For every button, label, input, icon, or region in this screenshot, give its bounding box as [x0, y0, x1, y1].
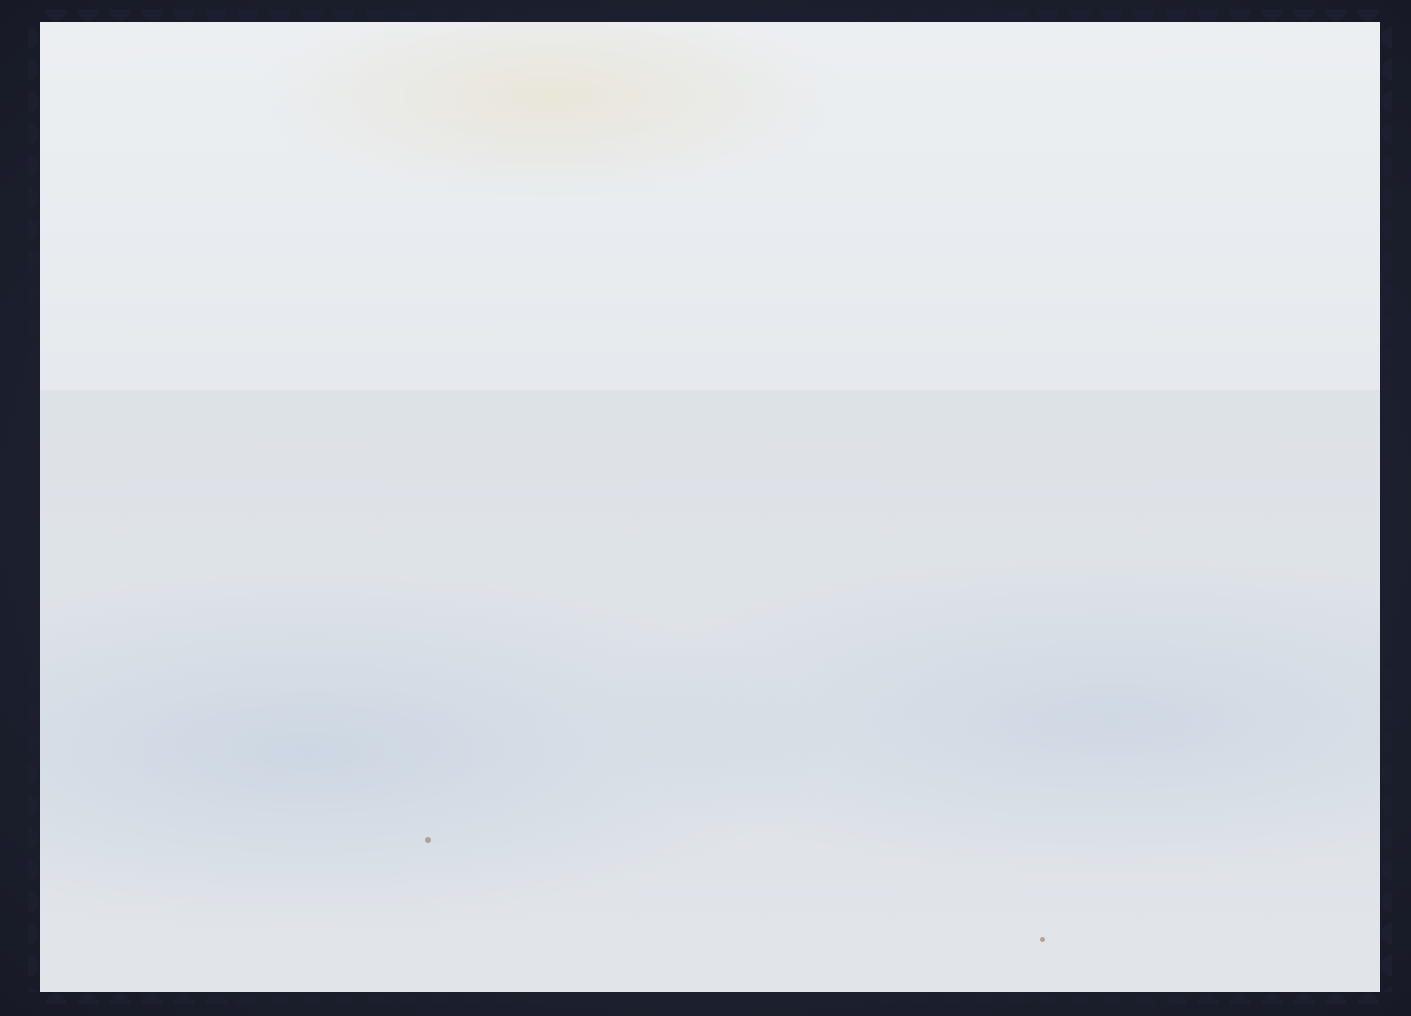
perforation-bottom [40, 980, 1380, 1004]
paper-speck [1040, 937, 1045, 942]
perforation-top [40, 10, 1380, 34]
stamp-upper-area [40, 22, 1380, 390]
perforation-right [1368, 22, 1392, 992]
perforation-left [28, 22, 52, 992]
stamp-back [40, 22, 1380, 992]
paper-speck [425, 837, 431, 843]
stamp-lower-area [40, 390, 1380, 992]
